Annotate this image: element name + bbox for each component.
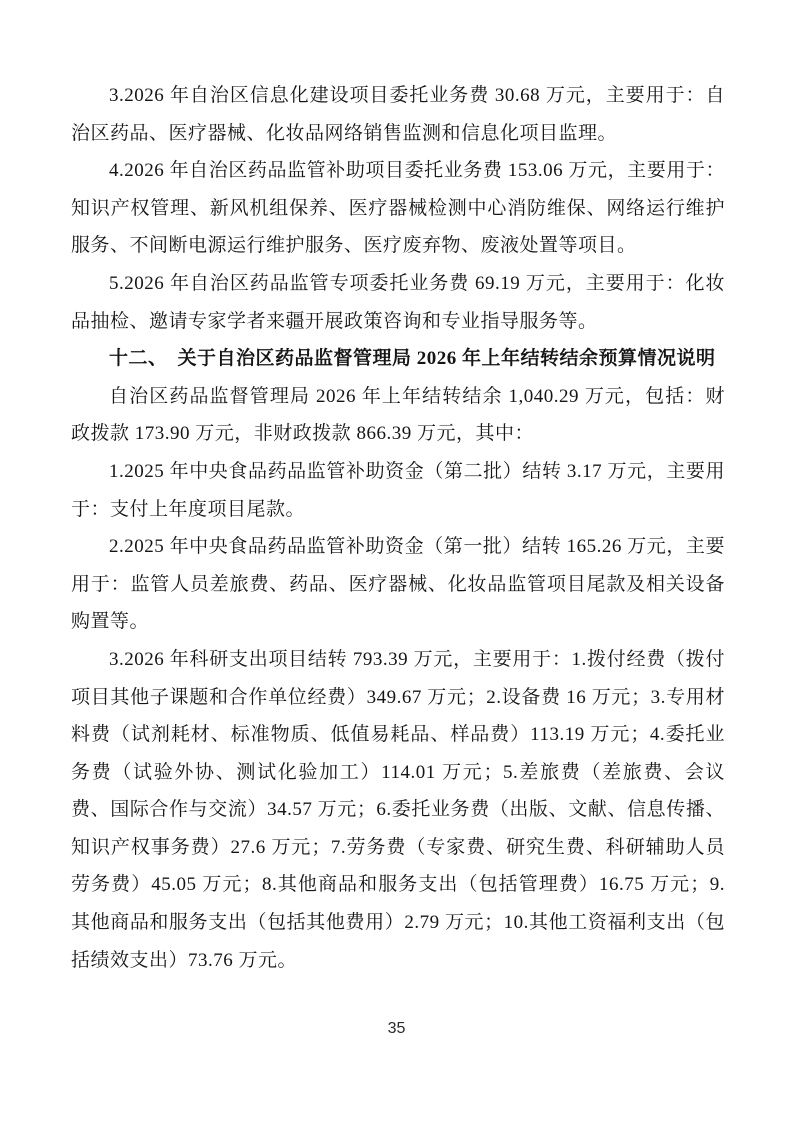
paragraph-item3-info-project: 3.2026 年自治区信息化建设项目委托业务费 30.68 万元，主要用于：自治… [71,77,725,152]
paragraph-item3-research-carryover: 3.2026 年科研支出项目结转 793.39 万元，主要用于：1.拨付经费（拨… [71,641,725,979]
paragraph-item5-special-project: 5.2026 年自治区药品监管专项委托业务费 69.19 万元，主要用于：化妆品… [71,265,725,340]
paragraph-carryover-summary: 自治区药品监督管理局 2026 年上年结转结余 1,040.29 万元，包括：财… [71,378,725,453]
document-page: 3.2026 年自治区信息化建设项目委托业务费 30.68 万元，主要用于：自治… [0,0,793,1122]
paragraph-item2-central-fund-batch1: 2.2025 年中央食品药品监管补助资金（第一批）结转 165.26 万元，主要… [71,528,725,641]
paragraph-item4-subsidy-project: 4.2026 年自治区药品监管补助项目委托业务费 153.06 万元，主要用于：… [71,152,725,265]
document-body: 3.2026 年自治区信息化建设项目委托业务费 30.68 万元，主要用于：自治… [71,77,725,979]
section-heading-twelve: 十二、 关于自治区药品监督管理局 2026 年上年结转结余预算情况说明 [71,340,725,378]
page-number: 35 [0,1020,793,1038]
paragraph-item1-central-fund-batch2: 1.2025 年中央食品药品监管补助资金（第二批）结转 3.17 万元，主要用于… [71,453,725,528]
